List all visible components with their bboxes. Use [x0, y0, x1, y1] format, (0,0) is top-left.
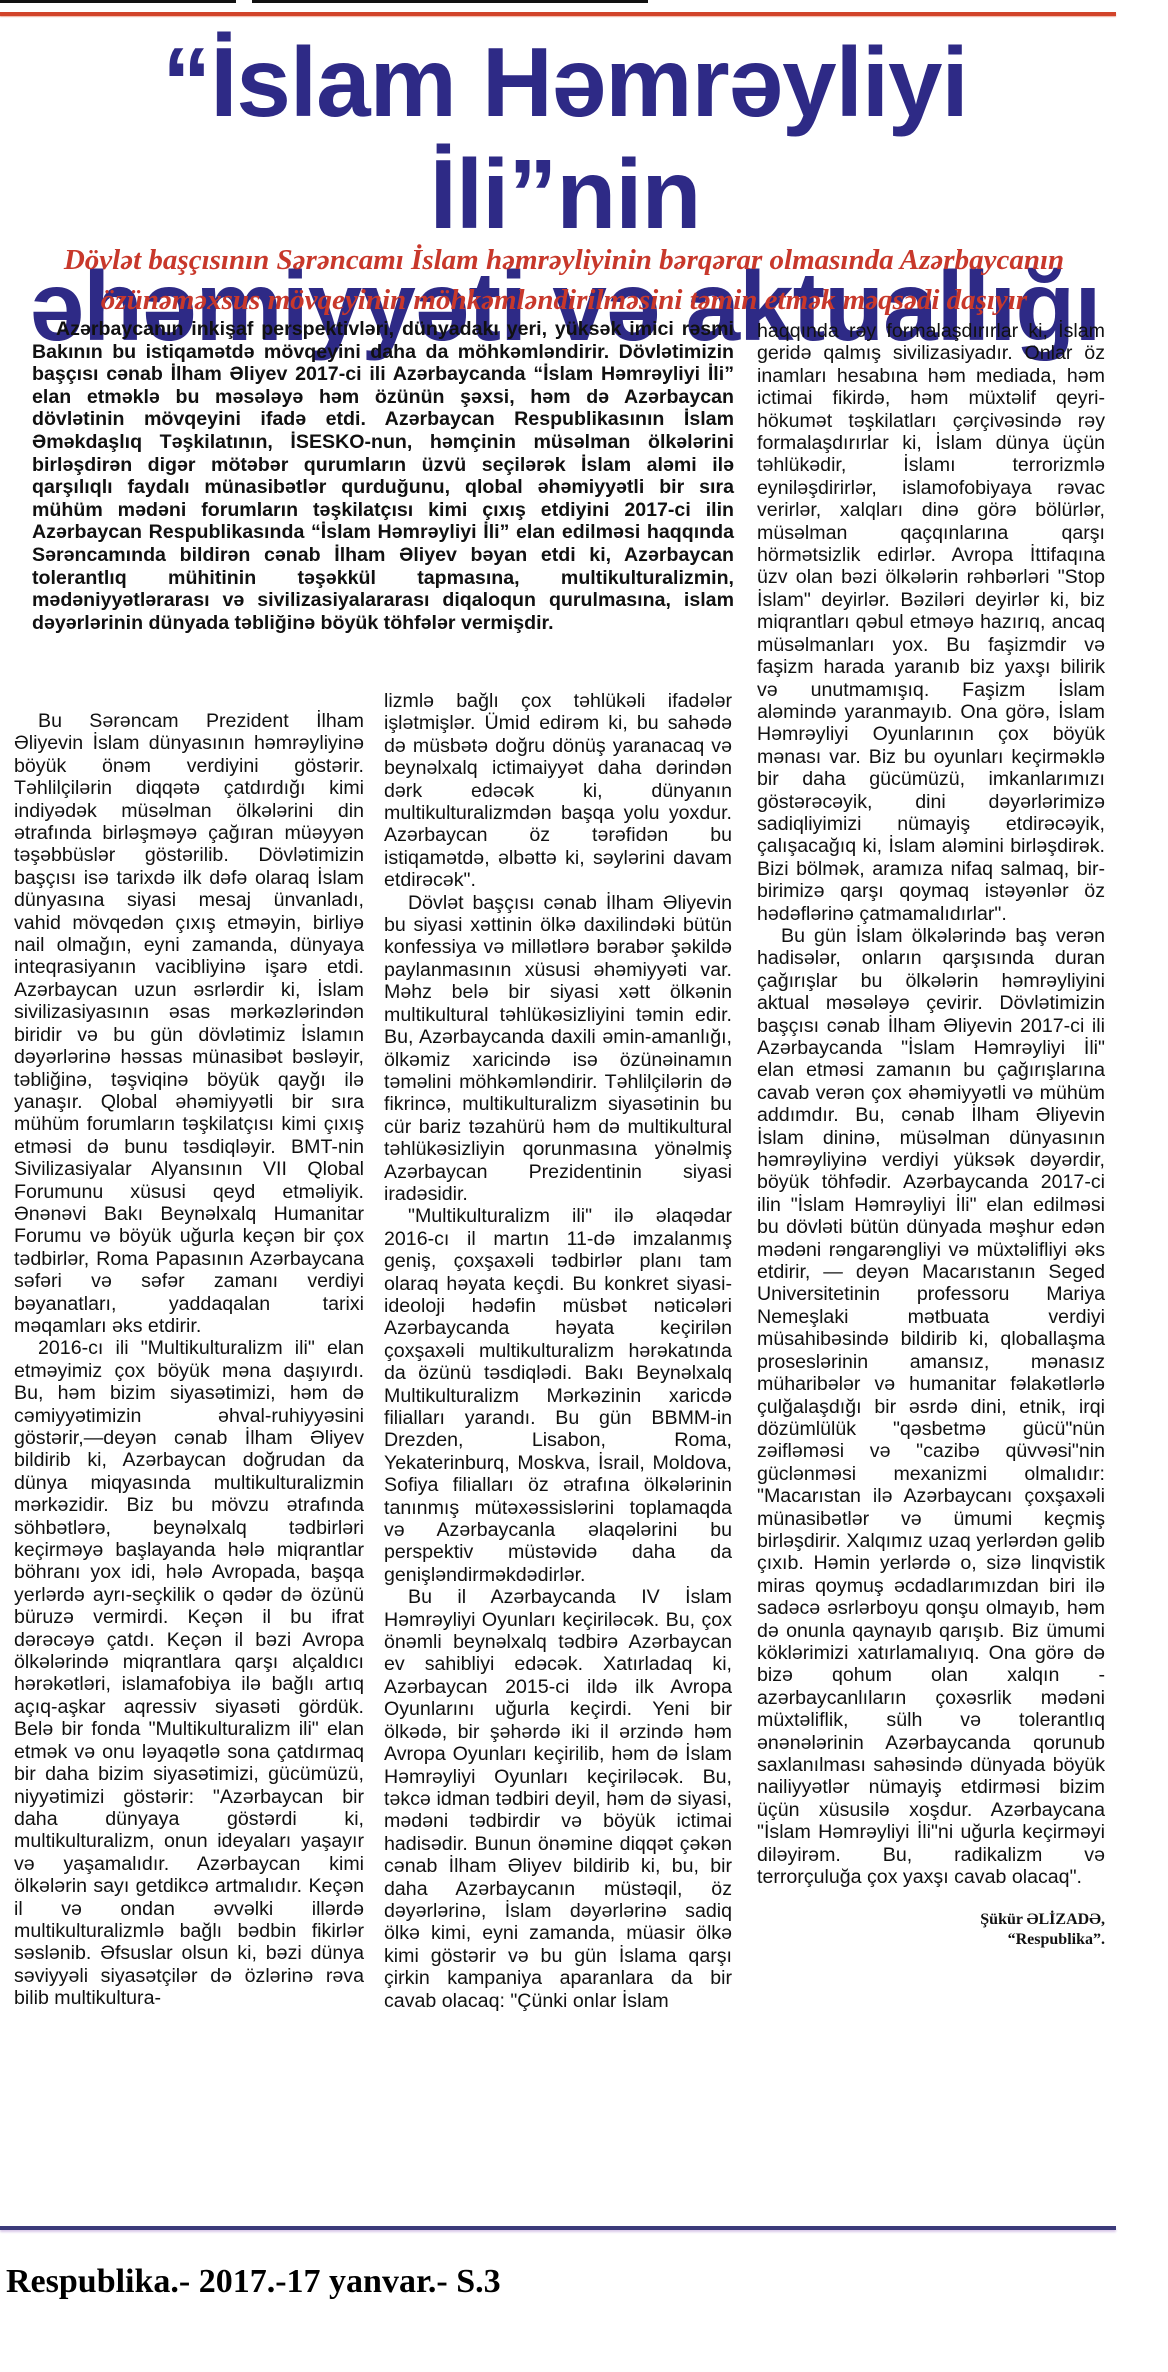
article-column-3: haqqında rəy formalaşdırırlar ki, İslam … — [757, 320, 1105, 1950]
publication-name: “Respublika”. — [757, 1930, 1105, 1950]
subheadline-line-1: Dövlət başçısının Sərəncamı İslam həmrəy… — [64, 244, 1064, 276]
top-black-bar-left — [0, 0, 236, 3]
lead-paragraph: Azərbaycanın inkişaf perspektivləri, dün… — [32, 318, 734, 634]
paragraph: Bu il Azərbaycanda IV İslam Həmrəyliyi O… — [384, 1586, 732, 2012]
source-citation: Respublika.- 2017.-17 yanvar.- S.3 — [6, 2262, 501, 2302]
top-black-bar-right — [252, 0, 648, 3]
paragraph: 2016-cı ili "Multikulturalizm ili" elan … — [14, 1337, 364, 2009]
article-column-2: lizmlə bağlı çox təhlükəli ifadələr işlə… — [384, 690, 732, 2012]
top-red-rule — [0, 12, 1116, 16]
paragraph: lizmlə bağlı çox təhlükəli ifadələr işlə… — [384, 690, 732, 892]
paragraph: Bu Sərəncam Prezident İlham Əliyevin İsl… — [14, 710, 364, 1337]
paragraph: Dövlət başçısı cənab İlham Əliyevin bu s… — [384, 892, 732, 1206]
subheadline: Dövlət başçısının Sərəncamı İslam həmrəy… — [14, 240, 1114, 320]
headline-line-1: “İslam Həmrəyliyi İli”nin — [162, 27, 968, 249]
paragraph: "Multikulturalizm ili" ilə əlaqədar 2016… — [384, 1205, 732, 1586]
author-name: Şükür ƏLİZADƏ, — [757, 1910, 1105, 1930]
paragraph: haqqında rəy formalaşdırırlar ki, İslam … — [757, 320, 1105, 925]
paragraph: Bu gün İslam ölkələrində baş verən hadis… — [757, 925, 1105, 1888]
article-column-1: Bu Sərəncam Prezident İlham Əliyevin İsl… — [14, 710, 364, 2010]
author-signature: Şükür ƏLİZADƏ, “Respublika”. — [757, 1910, 1105, 1950]
subheadline-line-2: özünəməxsus mövqeyinin möhkəmləndirilməs… — [101, 284, 1027, 316]
bottom-rule — [0, 2226, 1116, 2230]
